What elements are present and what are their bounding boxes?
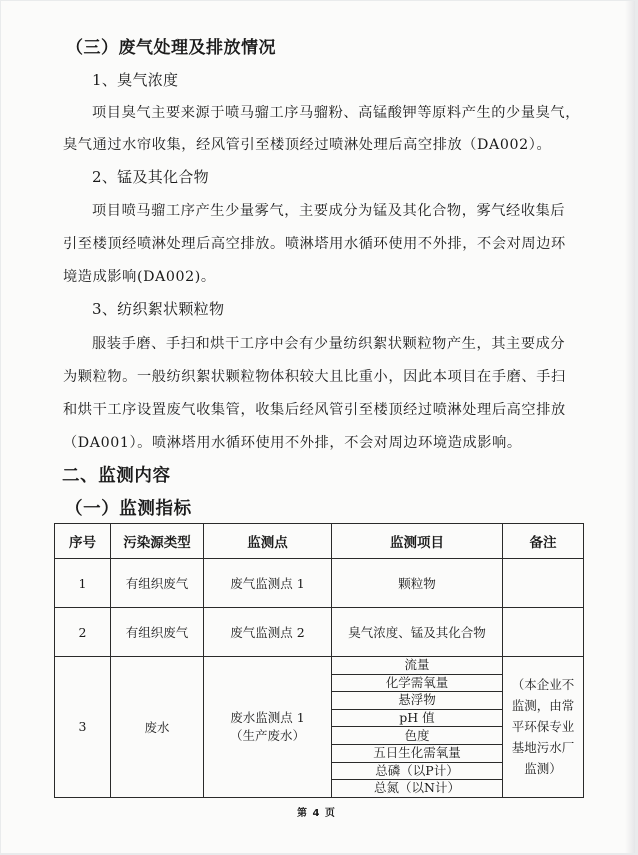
cell-no: 3 [55,657,111,798]
cell-monitoring-items: 流量 化学需氧量 悬浮物 pH 值 色度 五日生化需氧量 总磷（以P计） 总氮（… [332,657,503,798]
monitoring-indicators-table: 序号 污染源类型 监测点 监测项目 备注 1 有组织废气 废气监测点 1 颗粒物… [54,523,584,798]
cell-remark [503,608,584,657]
wastewater-items-list: 流量 化学需氧量 悬浮物 pH 值 色度 五日生化需氧量 总磷（以P计） 总氮（… [332,657,502,797]
cell-remark: （本企业不监测，由常平环保专业基地污水厂监测） [503,657,584,798]
header-no: 序号 [55,524,111,559]
subsection-title-manganese: 2、锰及其化合物 [92,166,209,187]
list-item: 色度 [332,727,502,745]
page-number: 第 4 页 [297,804,336,819]
header-source-type: 污染源类型 [111,524,204,559]
cell-monitoring-point: 废气监测点 2 [204,608,332,657]
subsection-title-textile-particulates: 3、纺织絮状颗粒物 [92,298,224,319]
subsection-title-odor: 1、臭气浓度 [92,69,178,90]
paragraph-line: 引至楼顶经喷淋处理后高空排放。喷淋塔用水循环使用不外排，不会对周边环 [63,233,566,253]
document-page: （三）废气处理及排放情况 1、臭气浓度 项目臭气主要来源于喷马骝工序马骝粉、高锰… [1,1,635,853]
monitoring-point-name: 废水监测点 1 [204,709,331,727]
table-header-row: 序号 污染源类型 监测点 监测项目 备注 [55,524,584,559]
paragraph-line: 为颗粒物。一般纺织絮状颗粒物体积较大且比重小，因此本项目在手磨、手扫 [63,366,566,386]
cell-source-type: 有组织废气 [111,608,204,657]
table-row: 3 废水 废水监测点 1 （生产废水） 流量 化学需氧量 悬浮物 pH 值 色度… [55,657,584,798]
table-row: 2 有组织废气 废气监测点 2 臭气浓度、锰及其化合物 [55,608,584,657]
cell-monitoring-point: 废气监测点 1 [204,559,332,608]
cell-monitoring-point: 废水监测点 1 （生产废水） [204,657,332,798]
table-row: 1 有组织废气 废气监测点 1 颗粒物 [55,559,584,608]
paragraph-line: 服装手磨、手扫和烘干工序中会有少量纺织絮状颗粒物产生，其主要成分 [92,333,565,353]
list-item: pH 值 [332,709,502,727]
list-item: 总磷（以P计） [332,762,502,780]
section-heading-exhaust-treatment: （三）废气处理及排放情况 [66,33,276,58]
remark-text: （本企业不监测，由常平环保专业基地污水厂监测） [503,674,583,779]
cell-no: 2 [55,608,111,657]
cell-remark [503,559,584,608]
cell-no: 1 [55,559,111,608]
monitoring-point-note: （生产废水） [204,727,331,745]
cell-monitoring-item: 臭气浓度、锰及其化合物 [332,608,503,657]
paragraph-line: 项目臭气主要来源于喷马骝工序马骝粉、高锰酸钾等原料产生的少量臭气， [92,102,580,122]
section-heading-monitoring-indicators: （一）监测指标 [65,495,192,520]
list-item: 五日生化需氧量 [332,744,502,762]
header-remarks: 备注 [503,524,584,559]
cell-monitoring-item: 颗粒物 [332,559,503,608]
header-monitoring-point: 监测点 [204,524,332,559]
section-heading-monitoring-content: 二、监测内容 [62,462,171,487]
cell-source-type: 有组织废气 [111,559,204,608]
paragraph-line: 和烘干工序设置废气收集管，收集后经风管引至楼顶经过喷淋处理后高空排放 [63,399,566,419]
list-item: 流量 [332,657,502,674]
header-monitoring-items: 监测项目 [332,524,503,559]
list-item: 化学需氧量 [332,674,502,692]
list-item: 悬浮物 [332,692,502,710]
paragraph-line: 臭气通过水帘收集，经风管引至楼顶经过喷淋处理后高空排放（DA002）。 [63,134,551,154]
paragraph-line: 项目喷马骝工序产生少量雾气，主要成分为锰及其化合物，雾气经收集后 [92,200,565,220]
paragraph-line: （DA001）。喷淋塔用水循环使用不外排，不会对周边环境造成影响。 [63,432,522,452]
cell-source-type: 废水 [111,657,204,798]
list-item: 总氮（以N计） [332,780,502,797]
paragraph-line: 境造成影响(DA002)。 [63,266,216,286]
